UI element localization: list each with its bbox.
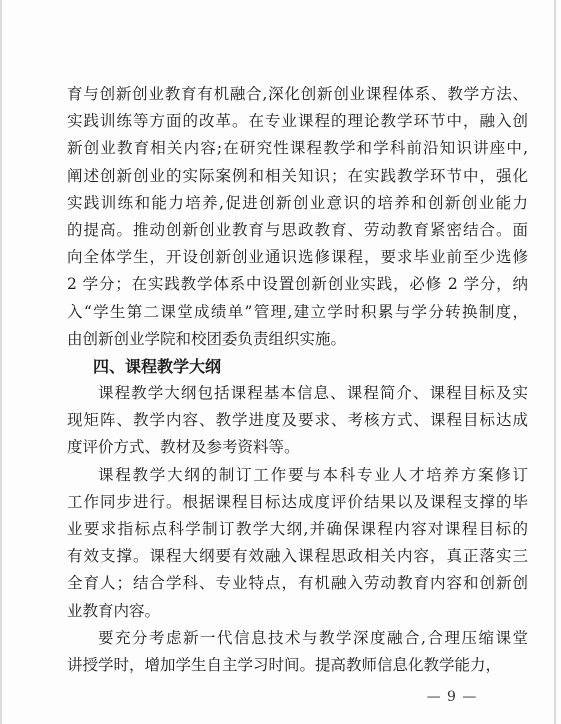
text-line: 阐述创新创业的实际案例和相关知识；在实践教学环节中，强化	[67, 163, 528, 190]
text-line: 实践训练等方面的改革。在专业课程的理论教学环节中，融入创	[67, 108, 528, 135]
text-line: 向全体学生，开设创新创业通识选修课程，要求毕业前至少选修	[67, 244, 528, 271]
text-line: 育与创新创业教育有机融合,深化创新创业课程体系、教学方法、	[67, 81, 528, 108]
text-line: 全育人；结合学科、专业特点，有机融入劳动教育内容和创新创	[67, 570, 528, 597]
section-heading: 四、课程教学大纲	[67, 353, 528, 380]
text-line: 课程教学大纲的制订工作要与本科专业人才培养方案修订	[67, 462, 528, 489]
text-line: 新创业教育相关内容;在研究性课程教学和学科前沿知识讲座中,	[67, 135, 528, 162]
text-line: 入“学生第二课堂成绩单”管理,建立学时积累与学分转换制度，	[67, 299, 528, 326]
text-line: 要充分考虑新一代信息技术与教学深度融合,合理压缩课堂	[67, 625, 528, 652]
text-line: 业教育内容。	[67, 598, 528, 625]
page-edge-right	[554, 0, 556, 724]
text-line: 的提高。推动创新创业教育与思政教育、劳动教育紧密结合。面	[67, 217, 528, 244]
text-line: 工作同步进行。根据课程目标达成度评价结果以及课程支撑的毕	[67, 489, 528, 516]
text-line: 有效支撑。课程大纲要有效融入课程思政相关内容，真正落实三	[67, 543, 528, 570]
text-line: 讲授学时，增加学生自主学习时间。提高教师信息化教学能力，	[67, 652, 528, 679]
text-line: 度评价方式、教材及参考资料等。	[67, 434, 528, 461]
text-line: 业要求指标点科学制订教学大纲,并确保课程内容对课程目标的	[67, 516, 528, 543]
document-page: 育与创新创业教育有机融合,深化创新创业课程体系、教学方法、 实践训练等方面的改革…	[0, 0, 561, 724]
text-line: 现矩阵、教学内容、教学进度及要求、考核方式、课程目标达成	[67, 407, 528, 434]
text-line: 由创新创业学院和校团委负责组织实施。	[67, 326, 528, 353]
body-text: 育与创新创业教育有机融合,深化创新创业课程体系、教学方法、 实践训练等方面的改革…	[67, 81, 528, 679]
text-line: 实践训练和能力培养,促进创新创业意识的培养和创新创业能力	[67, 190, 528, 217]
page-number: — 9 —	[407, 688, 497, 706]
text-line: 课程教学大纲包括课程基本信息、课程简介、课程目标及实	[67, 380, 528, 407]
page-edge-left	[0, 0, 2, 724]
text-line: 2 学分；在实践教学体系中设置创新创业实践，必修 2 学分，纳	[67, 271, 528, 298]
